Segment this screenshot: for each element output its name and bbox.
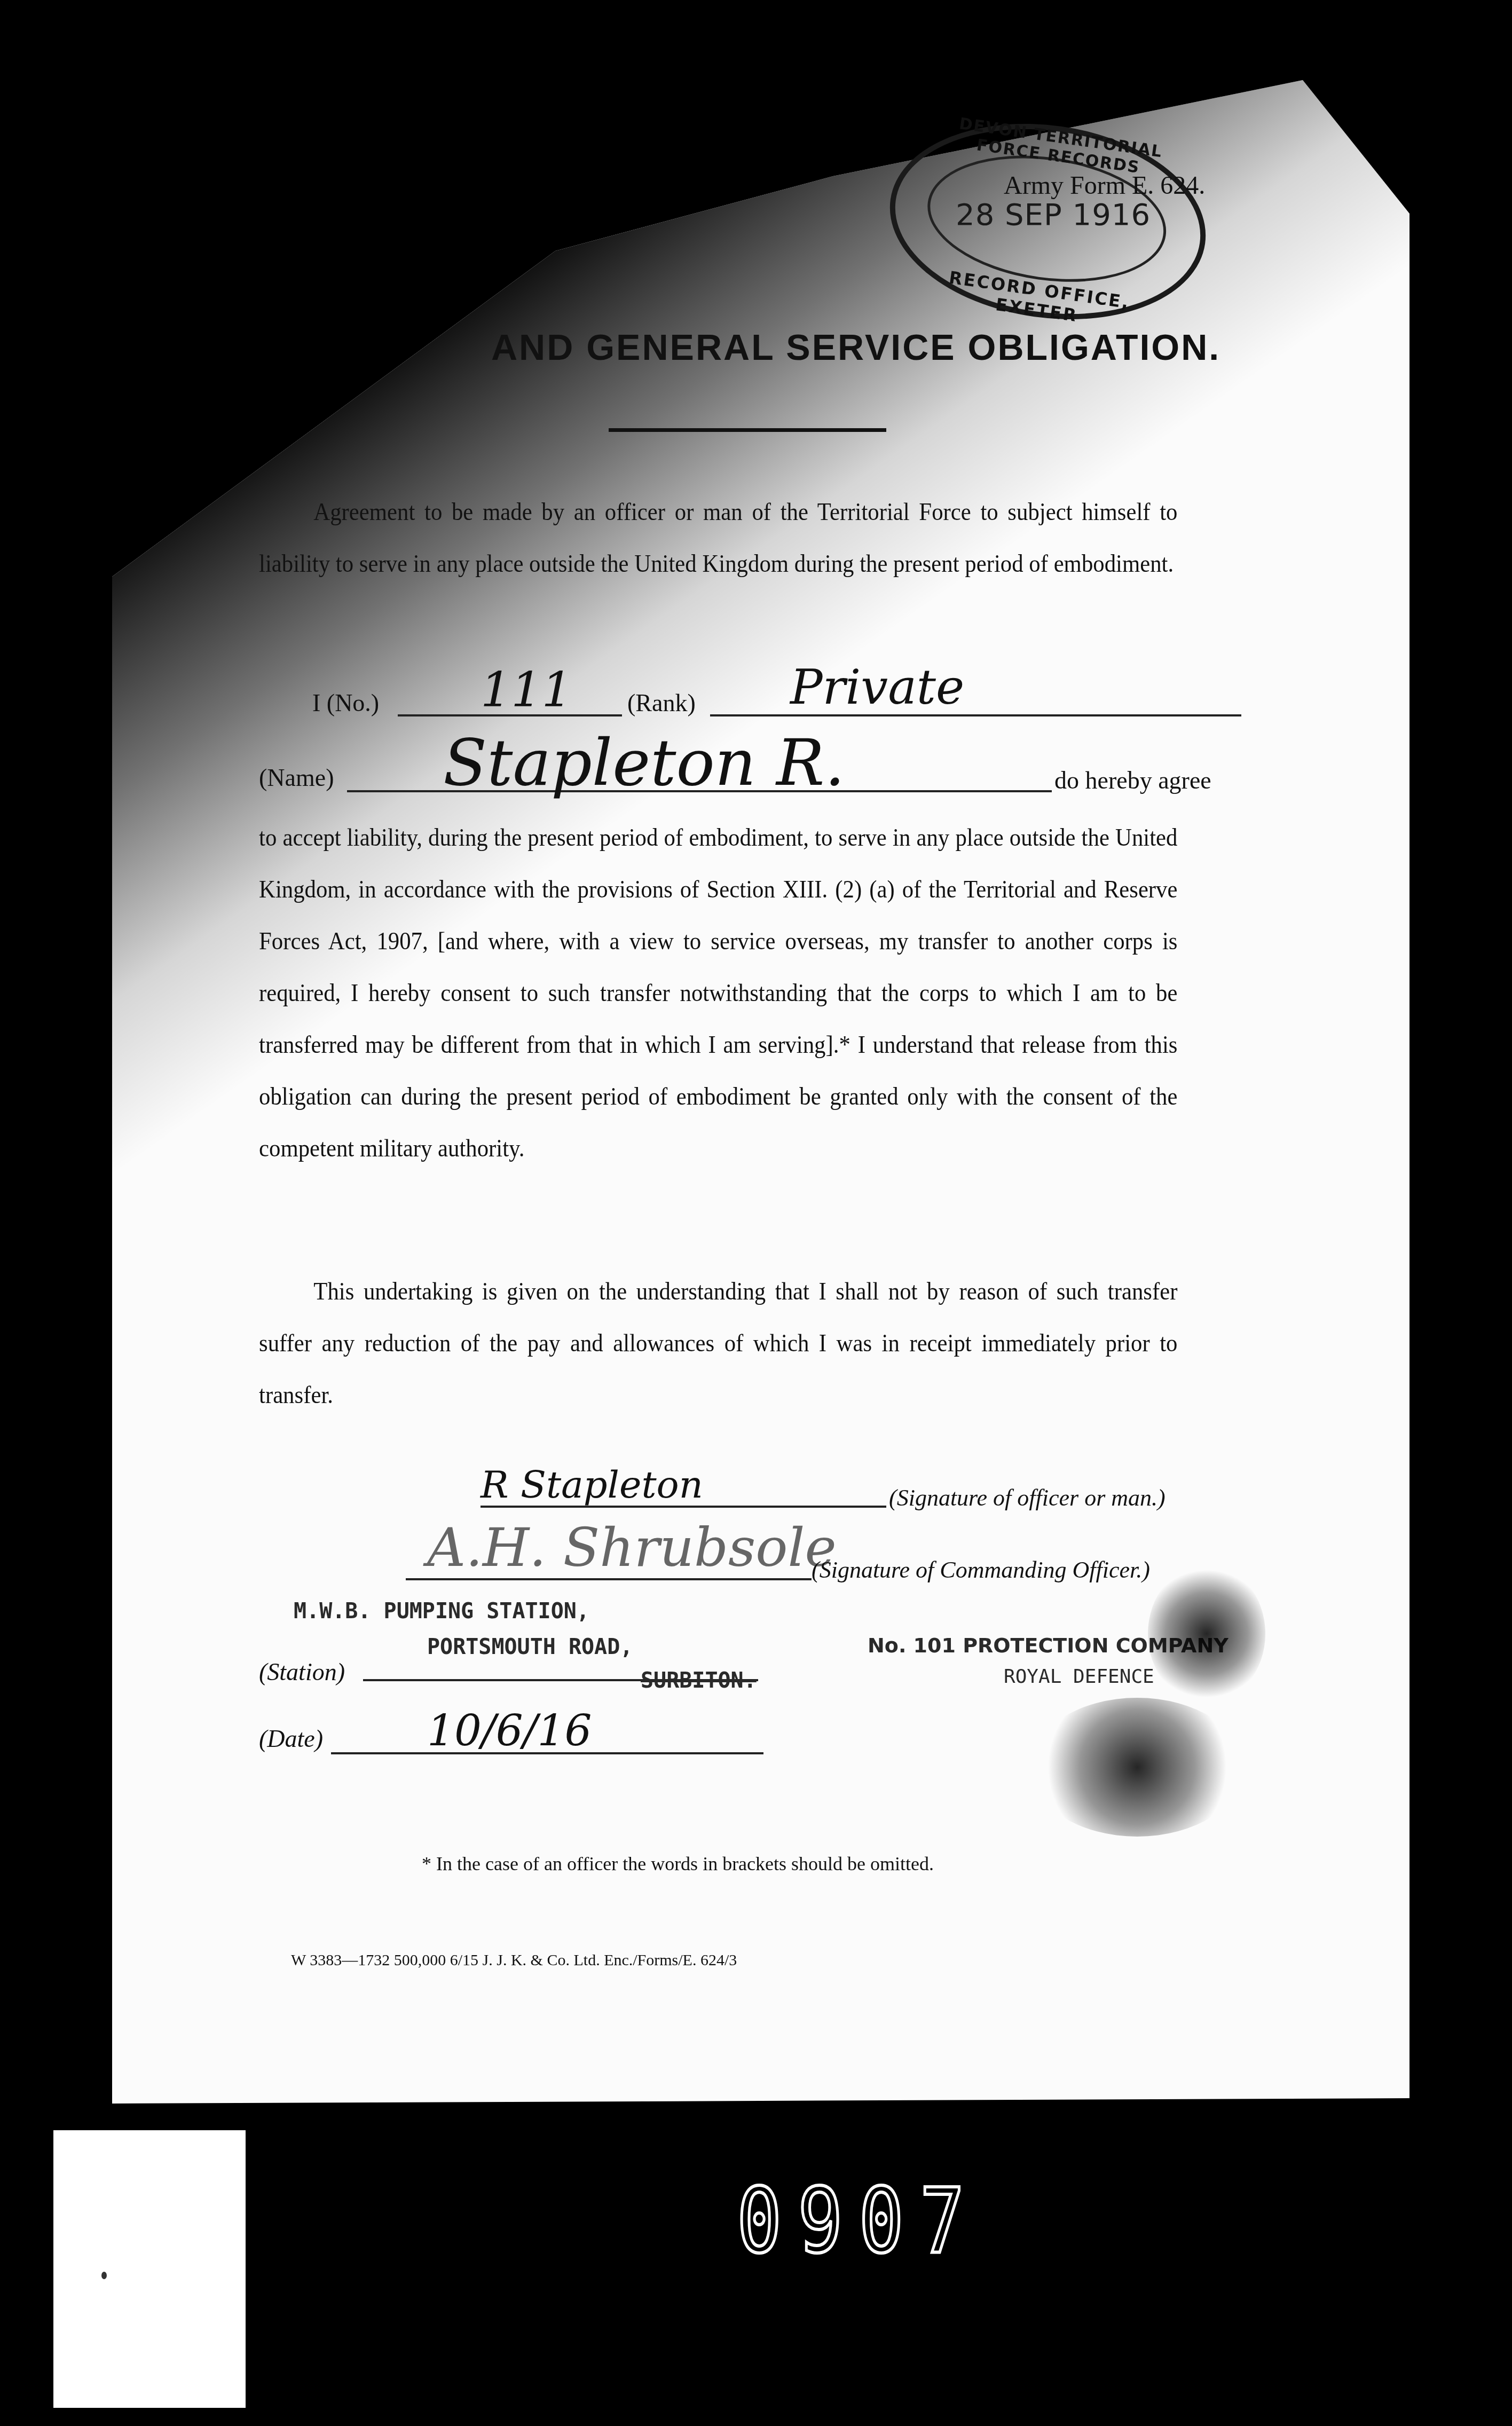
rank-label: (Rank) bbox=[627, 689, 696, 717]
name-suffix: do hereby agree bbox=[1054, 766, 1211, 794]
title-rule bbox=[609, 428, 886, 432]
name-label: (Name) bbox=[259, 763, 334, 792]
date-label: (Date) bbox=[259, 1724, 323, 1753]
form-number: Army Form E. 624. bbox=[1004, 171, 1205, 200]
document-title: AND GENERAL SERVICE OBLIGATION. bbox=[491, 327, 1220, 368]
frame-number: 0907 bbox=[737, 2170, 981, 2274]
body-paragraph: to accept liability, during the present … bbox=[259, 812, 1178, 1174]
rank-value[interactable]: Private bbox=[790, 659, 964, 715]
microfilm-target-card bbox=[53, 2130, 246, 2408]
intro-paragraph: Agreement to be made by an officer or ma… bbox=[259, 486, 1178, 589]
footnote: * In the case of an officer the words in… bbox=[422, 1853, 934, 1875]
stamp-date: 28 SEP 1916 bbox=[956, 198, 1151, 232]
no-label: I (No.) bbox=[312, 689, 379, 717]
ink-smudge bbox=[1148, 1564, 1265, 1703]
man-signature-caption: (Signature of officer or man.) bbox=[889, 1484, 1165, 1511]
station-stamp-line3: SURBITON. bbox=[641, 1668, 757, 1693]
date-value[interactable]: 10/6/16 bbox=[427, 1706, 592, 1755]
station-stamp-line1: M.W.B. PUMPING STATION, bbox=[294, 1599, 589, 1624]
no-value[interactable]: 111 bbox=[481, 662, 572, 718]
name-value[interactable]: Stapleton R. bbox=[443, 726, 845, 800]
co-signature-line bbox=[406, 1578, 812, 1580]
undertaking-paragraph: This undertaking is given on the underst… bbox=[259, 1265, 1178, 1421]
card-mark bbox=[101, 2272, 107, 2279]
ink-smudge bbox=[1030, 1698, 1244, 1837]
co-signature[interactable]: A.H. Shrubsole bbox=[427, 1516, 837, 1579]
man-signature-line bbox=[481, 1506, 886, 1508]
printer-line: W 3383—1732 500,000 6/15 J. J. K. & Co. … bbox=[291, 1951, 737, 1970]
man-signature[interactable]: R Stapleton bbox=[481, 1463, 703, 1507]
station-label: (Station) bbox=[259, 1658, 345, 1686]
co-signature-caption: (Signature of Commanding Officer.) bbox=[812, 1556, 1150, 1584]
unit-stamp-line2: ROYAL DEFENCE bbox=[1004, 1666, 1154, 1688]
station-stamp-line2: PORTSMOUTH ROAD, bbox=[427, 1635, 633, 1659]
